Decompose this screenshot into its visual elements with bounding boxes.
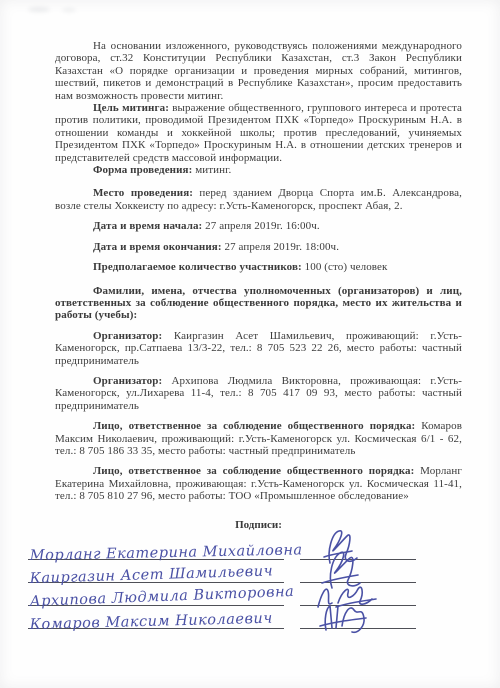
paragraph-meeting-form: Форма проведения: митинг. bbox=[55, 164, 462, 176]
signature-row: Комаров Максим Николаевич bbox=[28, 606, 462, 629]
signature-rows: Морланг Екатерина Михайловна Каиргазин А… bbox=[28, 537, 462, 629]
signature-row: Архипова Людмила Викторовна bbox=[28, 583, 462, 606]
paragraph-text: 27 апреля 2019г. 18:00ч. bbox=[222, 241, 339, 253]
signature-name-line: Каиргазин Асет Шамильевич bbox=[28, 559, 284, 583]
paragraph-organizer-2: Организатор: Архипова Людмила Викторовна… bbox=[55, 375, 462, 412]
paragraph-text: 100 (сто) человек bbox=[302, 261, 388, 273]
signature-name-line: Комаров Максим Николаевич bbox=[28, 605, 284, 629]
paragraph-label: Организатор: bbox=[93, 330, 162, 342]
signature-name-line: Архипова Людмила Викторовна bbox=[28, 582, 284, 606]
paragraph-label: Цель митинга: bbox=[93, 102, 169, 114]
signature-row: Морланг Екатерина Михайловна bbox=[28, 537, 462, 560]
paragraph-participants-count: Предполагаемое количество участников: 10… bbox=[55, 261, 462, 273]
paragraph-label: Форма проведения: bbox=[93, 164, 192, 176]
paragraph-label: Фамилии, имена, отчества уполномоченных … bbox=[55, 285, 462, 322]
paragraph-label: Организатор: bbox=[93, 375, 162, 387]
paragraph-end-datetime: Дата и время окончания: 27 апреля 2019г.… bbox=[55, 241, 462, 253]
paragraph-responsible-persons-header: Фамилии, имена, отчества уполномоченных … bbox=[55, 285, 462, 322]
signature-stroke bbox=[312, 594, 376, 638]
paragraph-legal-basis: На основании изложенного, руководствуясь… bbox=[55, 40, 462, 102]
handwritten-name: Комаров Максим Николаевич bbox=[30, 610, 273, 632]
paragraph-meeting-goal: Цель митинга: выражение общественного, г… bbox=[55, 102, 462, 164]
signatures-section: Подписи: Морланг Екатерина Михайловна bbox=[55, 519, 462, 629]
paragraph-label: Лицо, ответственное за соблюдение общест… bbox=[93, 420, 415, 432]
paragraph-label: Место проведения: bbox=[93, 187, 193, 199]
paragraph-label: Предполагаемое количество участников: bbox=[93, 261, 302, 273]
signatures-heading: Подписи: bbox=[55, 519, 462, 531]
signature-line bbox=[300, 605, 416, 629]
paragraph-order-keeper-2: Лицо, ответственное за соблюдение общест… bbox=[55, 465, 462, 502]
paragraph-text: митинг. bbox=[192, 164, 231, 176]
paragraph-meeting-place: Место проведения: перед зданием Дворца С… bbox=[55, 187, 462, 212]
signature-row: Каиргазин Асет Шамильевич bbox=[28, 560, 462, 583]
paragraph-text: На основании изложенного, руководствуясь… bbox=[55, 40, 462, 102]
paragraph-label: Лицо, ответственное за соблюдение общест… bbox=[93, 465, 414, 477]
paragraph-label: Дата и время окончания: bbox=[93, 241, 222, 253]
paragraph-start-datetime: Дата и время начала: 27 апреля 2019г. 16… bbox=[55, 220, 462, 232]
signature-name-line: Морланг Екатерина Михайловна bbox=[28, 536, 284, 560]
paragraph-label: Дата и время начала: bbox=[93, 220, 202, 232]
pencil-smudge bbox=[62, 8, 76, 12]
pencil-smudge bbox=[28, 7, 50, 12]
paragraph-text: 27 апреля 2019г. 16:00ч. bbox=[202, 220, 319, 232]
document-page: На основании изложенного, руководствуясь… bbox=[0, 0, 500, 688]
paragraph-order-keeper-1: Лицо, ответственное за соблюдение общест… bbox=[55, 420, 462, 457]
paragraph-organizer-1: Организатор: Каиргазин Асет Шамильевич, … bbox=[55, 330, 462, 367]
document-body: На основании изложенного, руководствуясь… bbox=[0, 0, 500, 629]
